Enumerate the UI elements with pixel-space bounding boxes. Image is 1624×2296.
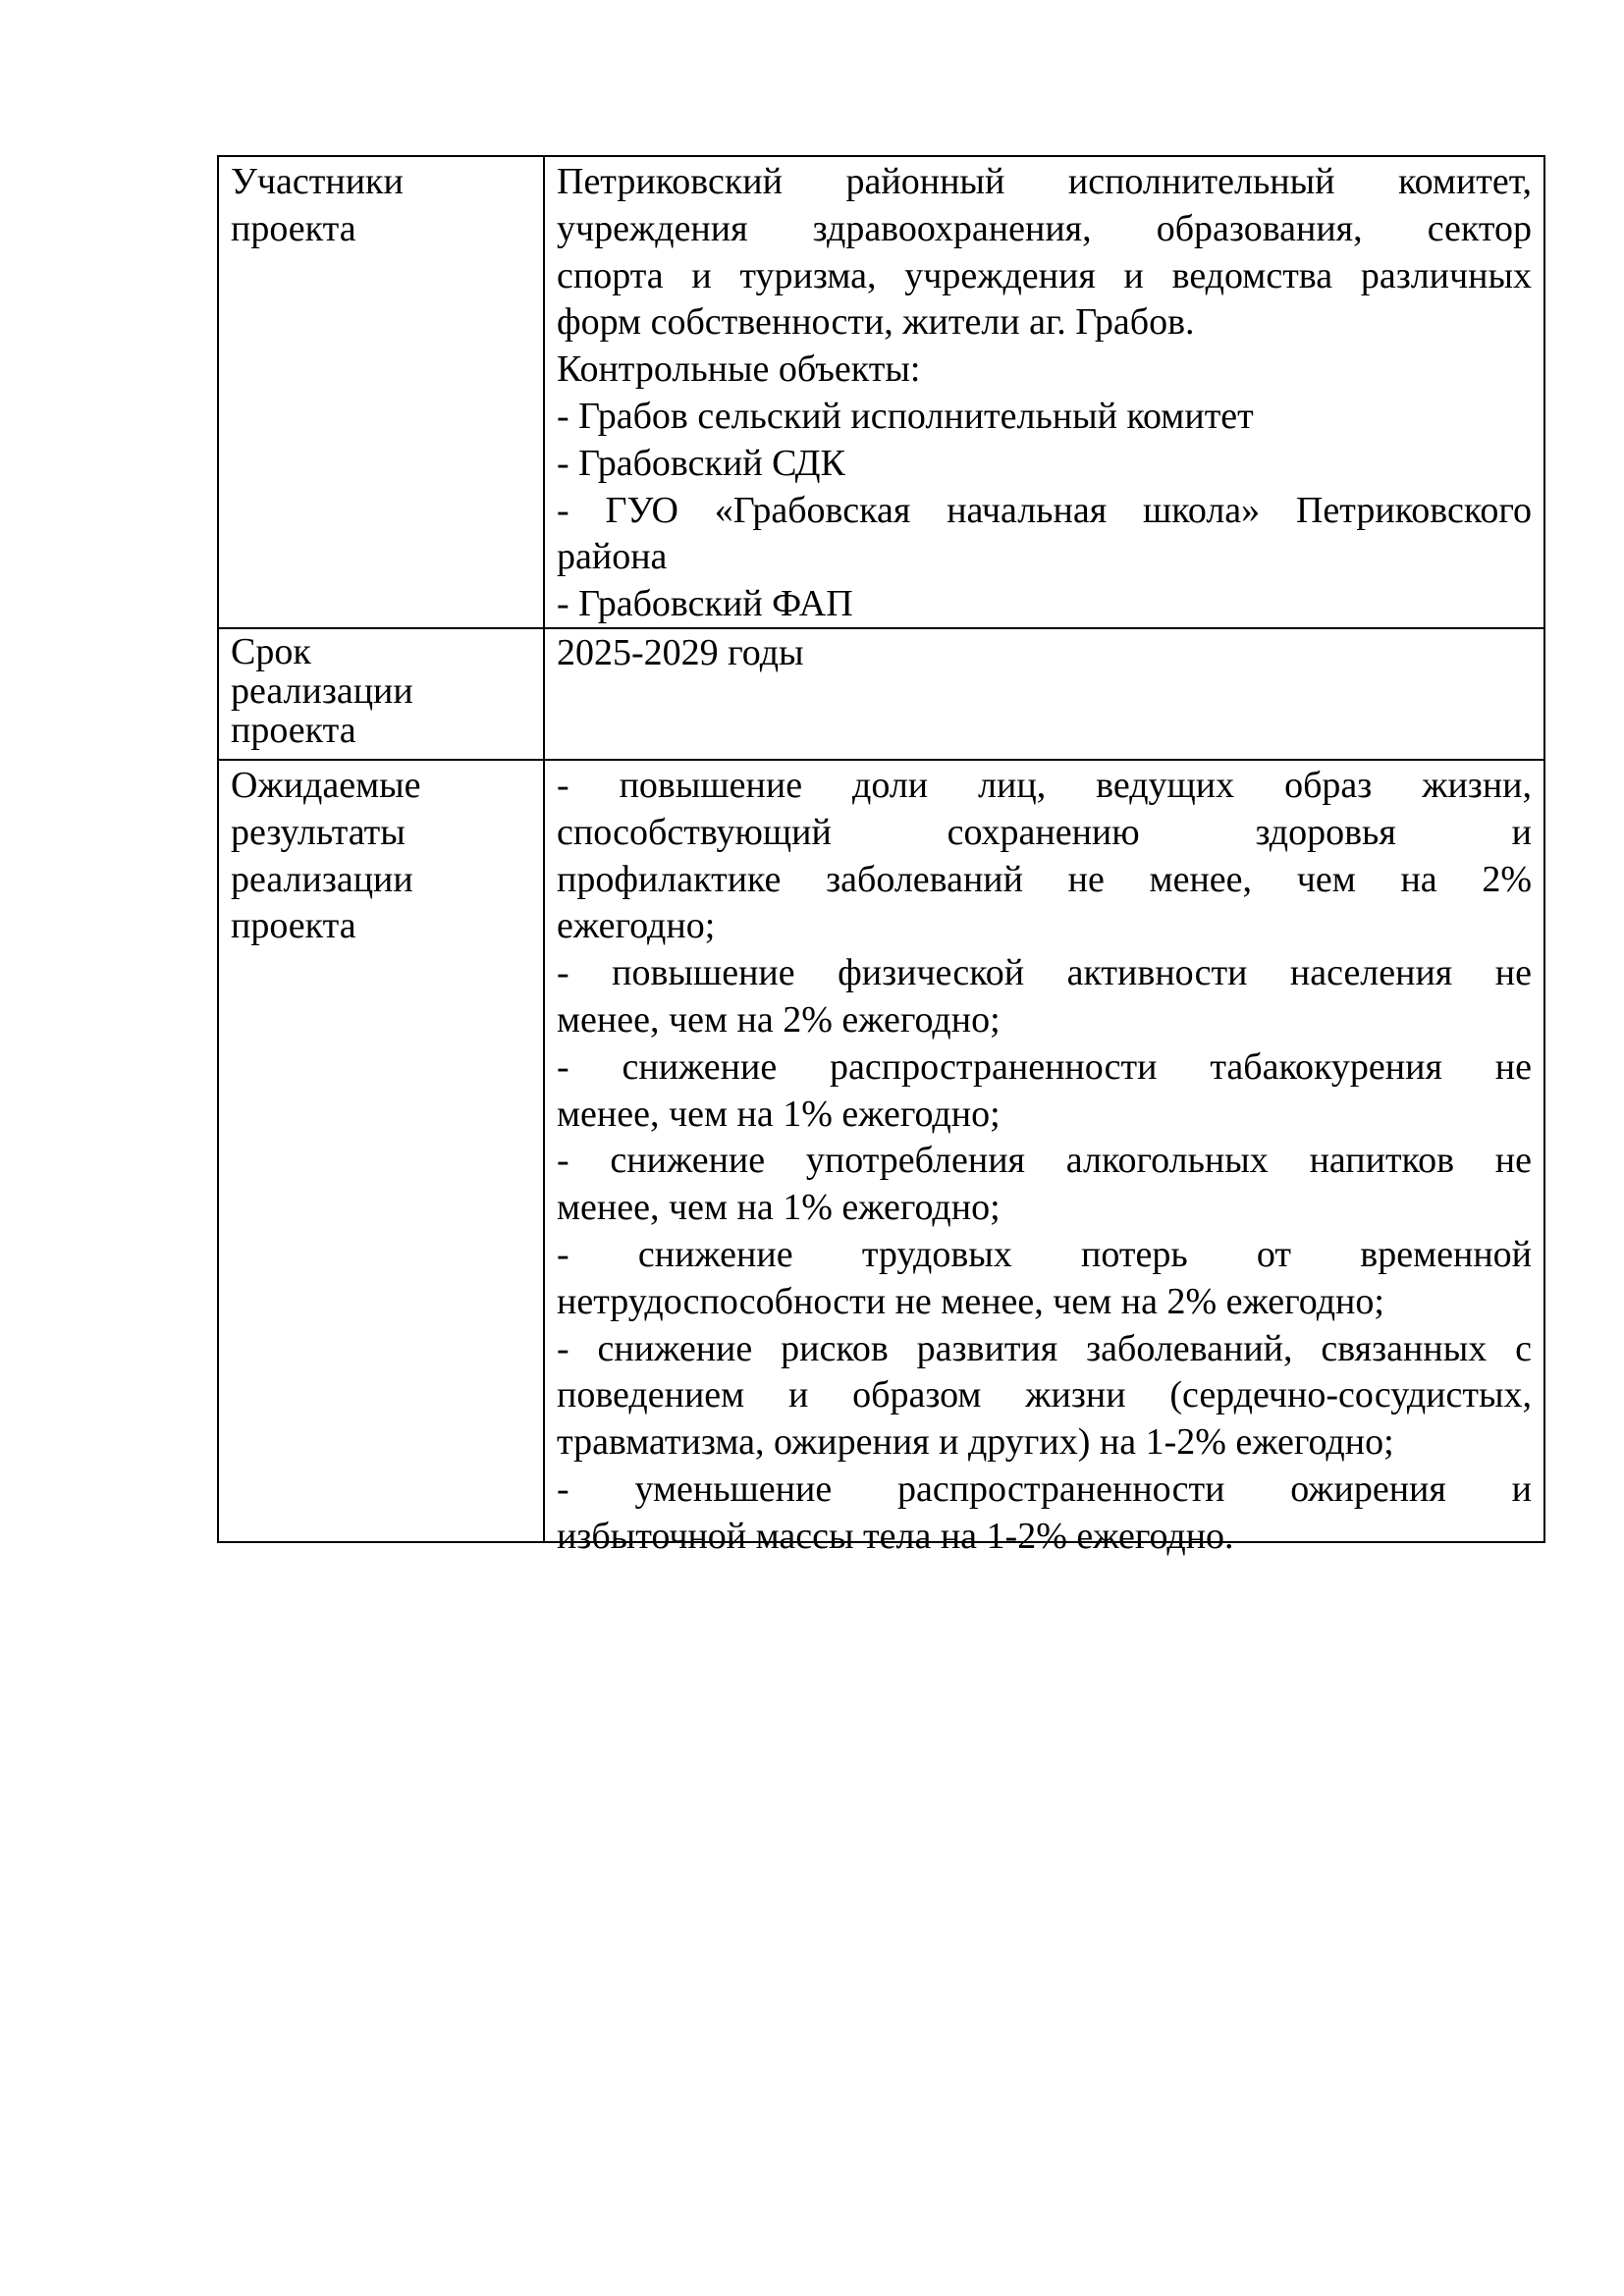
row-content-expected-results: - повышение доли лиц, ведущих образ жизн… xyxy=(557,763,1532,1561)
row-divider xyxy=(219,759,1543,761)
content-line: травматизма, ожирения и других) на 1-2% … xyxy=(557,1419,1532,1467)
row-label-expected-results: Ожидаемые результаты реализации проекта xyxy=(231,763,535,950)
label-line: реализации xyxy=(231,671,535,711)
content-line: - уменьшение распространенности ожирения… xyxy=(557,1467,1532,1514)
column-divider xyxy=(543,157,545,1541)
content-line: - ГУО «Грабовская начальная школа» Петри… xyxy=(557,488,1532,535)
row-label-participants: Участники проекта xyxy=(231,159,535,253)
content-line: - повышение физической активности населе… xyxy=(557,950,1532,997)
label-line: реализации xyxy=(231,857,535,904)
content-line: - снижение употребления алкогольных напи… xyxy=(557,1138,1532,1185)
content-line: менее, чем на 2% ежегодно; xyxy=(557,997,1532,1044)
content-line: поведением и образом жизни (сердечно-сос… xyxy=(557,1372,1532,1419)
label-line: проекта xyxy=(231,903,535,950)
content-line: - Грабовский СДК xyxy=(557,441,1532,488)
content-line: нетрудоспособности не менее, чем на 2% е… xyxy=(557,1279,1532,1326)
content-line: способствующий сохранению здоровья и xyxy=(557,810,1532,857)
content-line: избыточной массы тела на 1-2% ежегодно. xyxy=(557,1514,1532,1561)
row-content-participants: Петриковский районный исполнительный ком… xyxy=(557,159,1532,628)
document-page: Участники проекта Петриковский районный … xyxy=(0,0,1624,2296)
row-label-term: Срок реализации проекта xyxy=(231,632,535,750)
content-line: - снижение рисков развития заболеваний, … xyxy=(557,1326,1532,1373)
label-line: проекта xyxy=(231,206,535,253)
content-line: Петриковский районный исполнительный ком… xyxy=(557,159,1532,206)
content-line: 2025-2029 годы xyxy=(557,630,1532,677)
content-line: - снижение трудовых потерь от временной xyxy=(557,1232,1532,1279)
content-line: района xyxy=(557,534,1532,581)
label-line: результаты xyxy=(231,810,535,857)
content-line: ежегодно; xyxy=(557,903,1532,950)
content-line: - Грабов сельский исполнительный комитет xyxy=(557,394,1532,441)
project-passport-table: Участники проекта Петриковский районный … xyxy=(217,155,1545,1543)
label-line: проекта xyxy=(231,711,535,750)
content-line: - повышение доли лиц, ведущих образ жизн… xyxy=(557,763,1532,810)
label-line: Ожидаемые xyxy=(231,763,535,810)
content-line: - снижение распространенности табакокуре… xyxy=(557,1044,1532,1092)
content-line: менее, чем на 1% ежегодно; xyxy=(557,1185,1532,1232)
content-line: профилактике заболеваний не менее, чем н… xyxy=(557,857,1532,904)
content-line: учреждения здравоохранения, образования,… xyxy=(557,206,1532,253)
content-line: - Грабовский ФАП xyxy=(557,581,1532,628)
label-line: Срок xyxy=(231,632,535,671)
label-line: Участники xyxy=(231,159,535,206)
content-line: спорта и туризма, учреждения и ведомства… xyxy=(557,253,1532,300)
row-content-term: 2025-2029 годы xyxy=(557,630,1532,677)
content-line: форм собственности, жители аг. Грабов. xyxy=(557,299,1532,347)
content-line: Контрольные объекты: xyxy=(557,347,1532,394)
content-line: менее, чем на 1% ежегодно; xyxy=(557,1092,1532,1139)
